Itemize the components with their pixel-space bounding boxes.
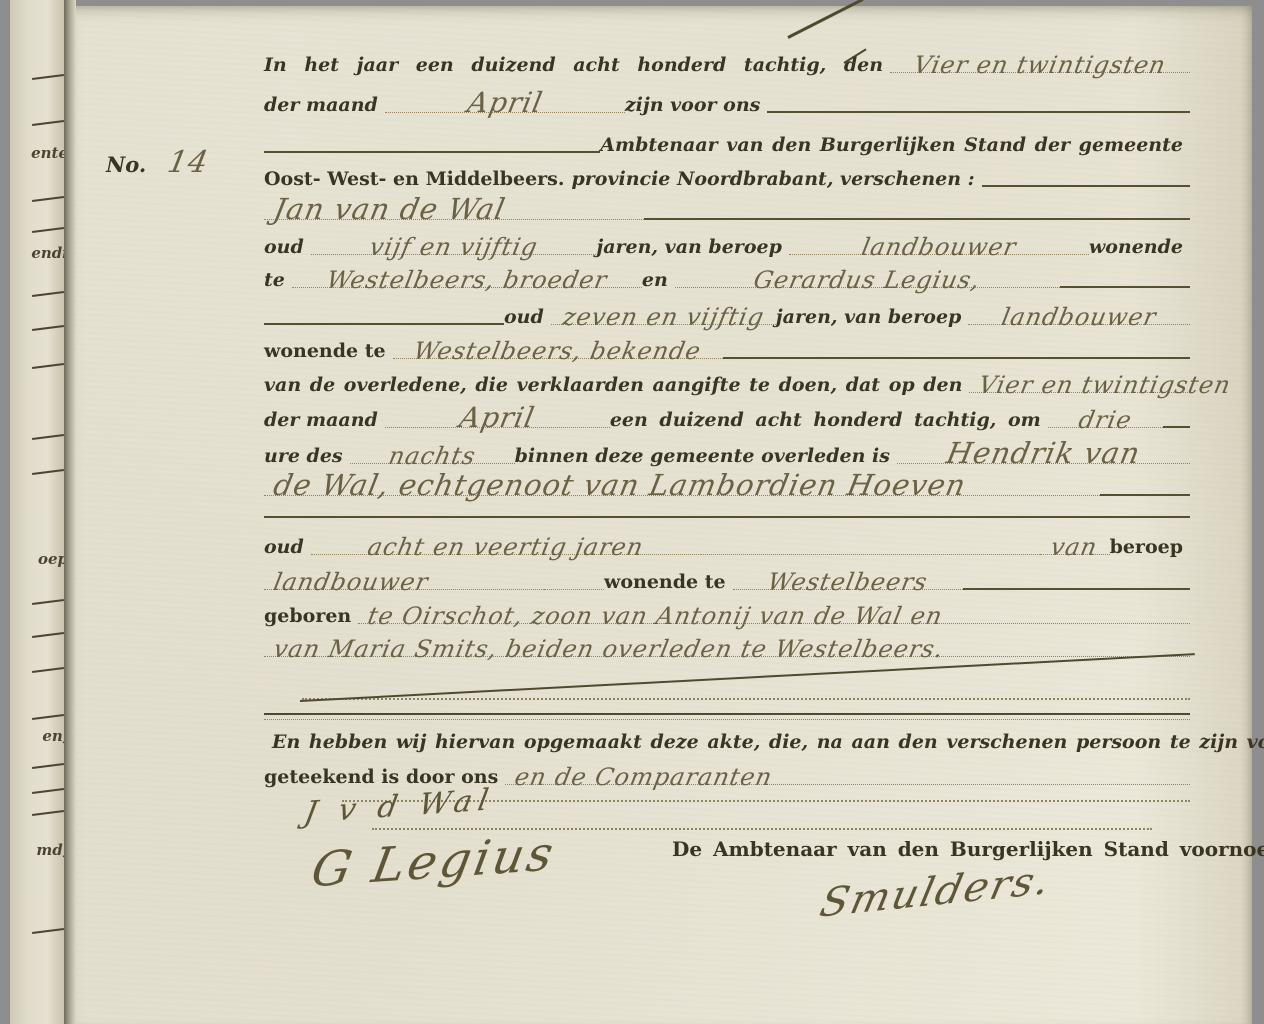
- signature-witness2: G Legius: [308, 830, 560, 895]
- hand-death-month: April: [447, 404, 547, 432]
- hand-deceased-name-b: de Wal, echtgenoot van Lambordien Hoeven: [261, 471, 978, 500]
- hand-declarant1-name: Jan van de Wal: [261, 195, 518, 224]
- margin-line-end: [32, 667, 64, 673]
- margin-line-end: [32, 810, 64, 816]
- line-declarant1-age: oud vijf en vijftig jaren, van beroep la…: [264, 230, 1190, 262]
- margin-line-end: [32, 291, 64, 297]
- book-gutter-shadow: [64, 0, 76, 1024]
- margin-line-end: [32, 928, 64, 934]
- line-deceased-name: de Wal, echtgenoot van Lambordien Hoeven: [264, 471, 1190, 503]
- print-geboren: geboren: [264, 606, 358, 631]
- hand-birthplace-field: te Oirschot, zoon van Antonij van de Wal…: [358, 599, 1190, 624]
- hand-birthplace: te Oirschot, zoon van Antonij van de Wal…: [356, 604, 955, 628]
- hand-deceased-occupation-field: landbouwer: [264, 565, 544, 590]
- line-closing-b: geteekend is door ons en de Comparanten: [264, 760, 1190, 792]
- act-number: No. 14: [106, 148, 218, 178]
- hand-death-time: nachts: [376, 444, 487, 468]
- hand-deceased-age-field: acht en veertig jaren: [311, 530, 701, 555]
- ruled-line: [982, 185, 1190, 187]
- dotted-fill-line: [701, 554, 1040, 555]
- hand-declarant1-residence: Westelbeers, broeder: [314, 268, 619, 292]
- print-wonende-te: wonende te: [604, 572, 733, 597]
- print-jaren-van-beroep: jaren, van beroep: [776, 307, 969, 332]
- margin-line-end: [32, 763, 64, 769]
- hand-declarant2-age-field: zeven en vijftig: [551, 300, 776, 325]
- print-zijn-voor-ons: zijn voor ons: [625, 95, 768, 120]
- margin-text-fragment: en,: [16, 729, 68, 744]
- hand-declarant1-age-field: vijf en vijftig: [311, 230, 597, 255]
- ruled-line: [723, 357, 1190, 359]
- hand-parents: van Maria Smits, beiden overleden te Wes…: [262, 637, 956, 661]
- print-der-maand: der maand: [264, 410, 385, 435]
- line-death-month: der maand April een duizend acht honderd…: [264, 403, 1190, 435]
- line-deceased-age: oud acht en veertig jaren van beroep: [264, 530, 1190, 562]
- print-year-text: In het jaar een duizend acht honderd tac…: [264, 55, 890, 80]
- hand-parents-field: van Maria Smits, beiden overleden te Wes…: [264, 632, 1190, 657]
- margin-text-fragment: endi: [16, 246, 68, 261]
- print-der-maand: der maand: [264, 95, 385, 120]
- hand-declarant1-occupation: landbouwer: [849, 235, 1028, 259]
- death-record-page: No. 14 In het jaar een duizend acht hond…: [76, 6, 1252, 1024]
- blank-official-name-line: [767, 111, 1190, 113]
- print-beroep: beroep: [1110, 537, 1190, 562]
- hand-van: van: [1039, 535, 1110, 559]
- margin-line-end: [32, 196, 64, 202]
- official-title: De Ambtenaar van den Burgerlijken Stand …: [672, 838, 1264, 864]
- print-oud: oud: [264, 237, 311, 262]
- hand-deceased-name-field: Hendrik van: [897, 434, 1190, 464]
- hand-death-hour: drie: [1067, 408, 1144, 432]
- act-number-value: 14: [155, 148, 221, 178]
- hand-day-value: Vier en twintigsten: [902, 53, 1178, 77]
- pen-flourish: [787, 0, 863, 39]
- line-birthplace: geboren te Oirschot, zoon van Antonij va…: [264, 599, 1190, 631]
- margin-line-end: [32, 74, 64, 80]
- signature-official: Smulders.: [816, 860, 1055, 923]
- print-wonende: wonende: [1089, 237, 1190, 262]
- ruled-line: [1060, 286, 1190, 288]
- hand-deceased-name-field: de Wal, echtgenoot van Lambordien Hoeven: [264, 466, 1100, 496]
- hand-day-field: Vier en twintigsten: [890, 48, 1190, 73]
- line-declarant2-age: oud zeven en vijftig jaren, van beroep l…: [264, 300, 1190, 332]
- print-jaren-van-beroep: jaren, van beroep: [596, 237, 789, 262]
- line-closing-a: En hebben wij hiervan opgemaakt deze akt…: [272, 725, 1190, 757]
- ruled-line: [264, 323, 504, 325]
- ruled-line: [1163, 426, 1190, 428]
- print-death-year: een duizend acht honderd tachtig, om: [610, 410, 1048, 435]
- print-declaration: van de overledene, die verklaarden aangi…: [264, 375, 969, 400]
- margin-text-fragment: ente: [16, 146, 68, 161]
- act-number-label: No.: [106, 152, 153, 180]
- hand-death-time-field: nachts: [350, 439, 515, 464]
- hand-declarant1-name-field: Jan van de Wal: [264, 190, 644, 220]
- margin-text-fragment: md,: [16, 843, 68, 858]
- print-ambtenaar: Ambtenaar van den Burgerlijken Stand der…: [600, 135, 1190, 160]
- hand-comparanten: en de Comparanten: [503, 765, 785, 789]
- margin-line-end: [32, 714, 64, 720]
- print-te: te: [264, 270, 292, 295]
- hand-deceased-residence-field: Westelbeers: [733, 565, 963, 590]
- margin-line-end: [32, 632, 64, 638]
- line-year-day: In het jaar een duizend acht honderd tac…: [264, 48, 1190, 80]
- hand-declarant2-name-field: Gerardus Legius,: [675, 263, 1060, 288]
- hand-declarant1-occupation-field: landbouwer: [789, 230, 1089, 255]
- hand-declarant2-residence-field: Westelbeers, bekende: [393, 334, 723, 359]
- hand-month-value: April: [455, 89, 555, 117]
- line-official: Ambtenaar van den Burgerlijken Stand der…: [264, 128, 1190, 160]
- margin-line-end: [32, 363, 64, 369]
- margin-line-end: [32, 227, 64, 233]
- line-declarant2-residence: wonende te Westelbeers, bekende: [264, 334, 1190, 366]
- hand-declarant2-occupation-field: landbouwer: [968, 300, 1190, 325]
- hand-death-day-field: Vier en twintigsten: [969, 368, 1190, 393]
- hand-deceased-occupation: landbouwer: [262, 570, 441, 594]
- margin-line-end: [32, 599, 64, 605]
- line-declaration: van de overledene, die verklaarden aangi…: [264, 368, 1190, 400]
- closing-double-rule: [264, 713, 1190, 720]
- line-deceased-residence: landbouwer wonende te Westelbeers: [264, 565, 1190, 597]
- hand-death-day: Vier en twintigsten: [967, 373, 1243, 397]
- margin-line-end: [32, 325, 64, 331]
- ruled-line: [644, 218, 1190, 220]
- hand-declarant2-occupation: landbouwer: [990, 305, 1169, 329]
- hand-deceased-name-a: Hendrik van: [934, 439, 1153, 468]
- blank-official-name-line: [264, 151, 600, 153]
- hand-declarant2-age: zeven en vijftig: [550, 305, 776, 329]
- line-parents: van Maria Smits, beiden overleden te Wes…: [264, 632, 1190, 664]
- print-wonende-te: wonende te: [264, 341, 393, 366]
- dotted-fill-line: [544, 589, 604, 590]
- ruled-line: [1100, 494, 1190, 496]
- margin-line-end: [32, 469, 64, 475]
- hand-month-field: April: [385, 84, 625, 113]
- hand-comparanten-field: en de Comparanten: [505, 760, 1190, 785]
- previous-page-edge: ente endi oep en, md,: [10, 0, 64, 1024]
- hand-death-hour-field: drie: [1048, 403, 1163, 428]
- print-oud: oud: [504, 307, 551, 332]
- hand-deceased-age: acht en veertig jaren: [356, 535, 656, 559]
- document-scan: ente endi oep en, md, No. 14: [0, 0, 1264, 1024]
- hand-declarant2-name: Gerardus Legius,: [742, 268, 993, 292]
- print-en: en: [642, 270, 675, 295]
- hand-van-field: van: [1040, 530, 1110, 555]
- margin-line-end: [32, 120, 64, 126]
- margin-line-end: [32, 434, 64, 440]
- margin-text-fragment: oep: [16, 552, 68, 567]
- ruled-line: [963, 588, 1190, 590]
- line-declarant1-name: Jan van de Wal: [264, 195, 1190, 227]
- blank-dotted-line: [302, 698, 1190, 700]
- line-month: der maand April zijn voor ons: [264, 88, 1190, 120]
- line-declarant1-residence: te Westelbeers, broeder en Gerardus Legi…: [264, 263, 1190, 295]
- hand-declarant2-residence: Westelbeers, bekende: [402, 339, 714, 363]
- print-oud: oud: [264, 537, 311, 562]
- margin-line-end: [32, 788, 64, 794]
- print-closing-a: En hebben wij hiervan opgemaakt deze akt…: [272, 732, 1264, 757]
- hand-death-month-field: April: [385, 399, 610, 428]
- section-rule: [264, 516, 1190, 518]
- hand-declarant1-residence-field: Westelbeers, broeder: [292, 263, 642, 288]
- hand-deceased-residence: Westelbeers: [756, 570, 940, 594]
- hand-declarant1-age: vijf en vijftig: [357, 235, 549, 259]
